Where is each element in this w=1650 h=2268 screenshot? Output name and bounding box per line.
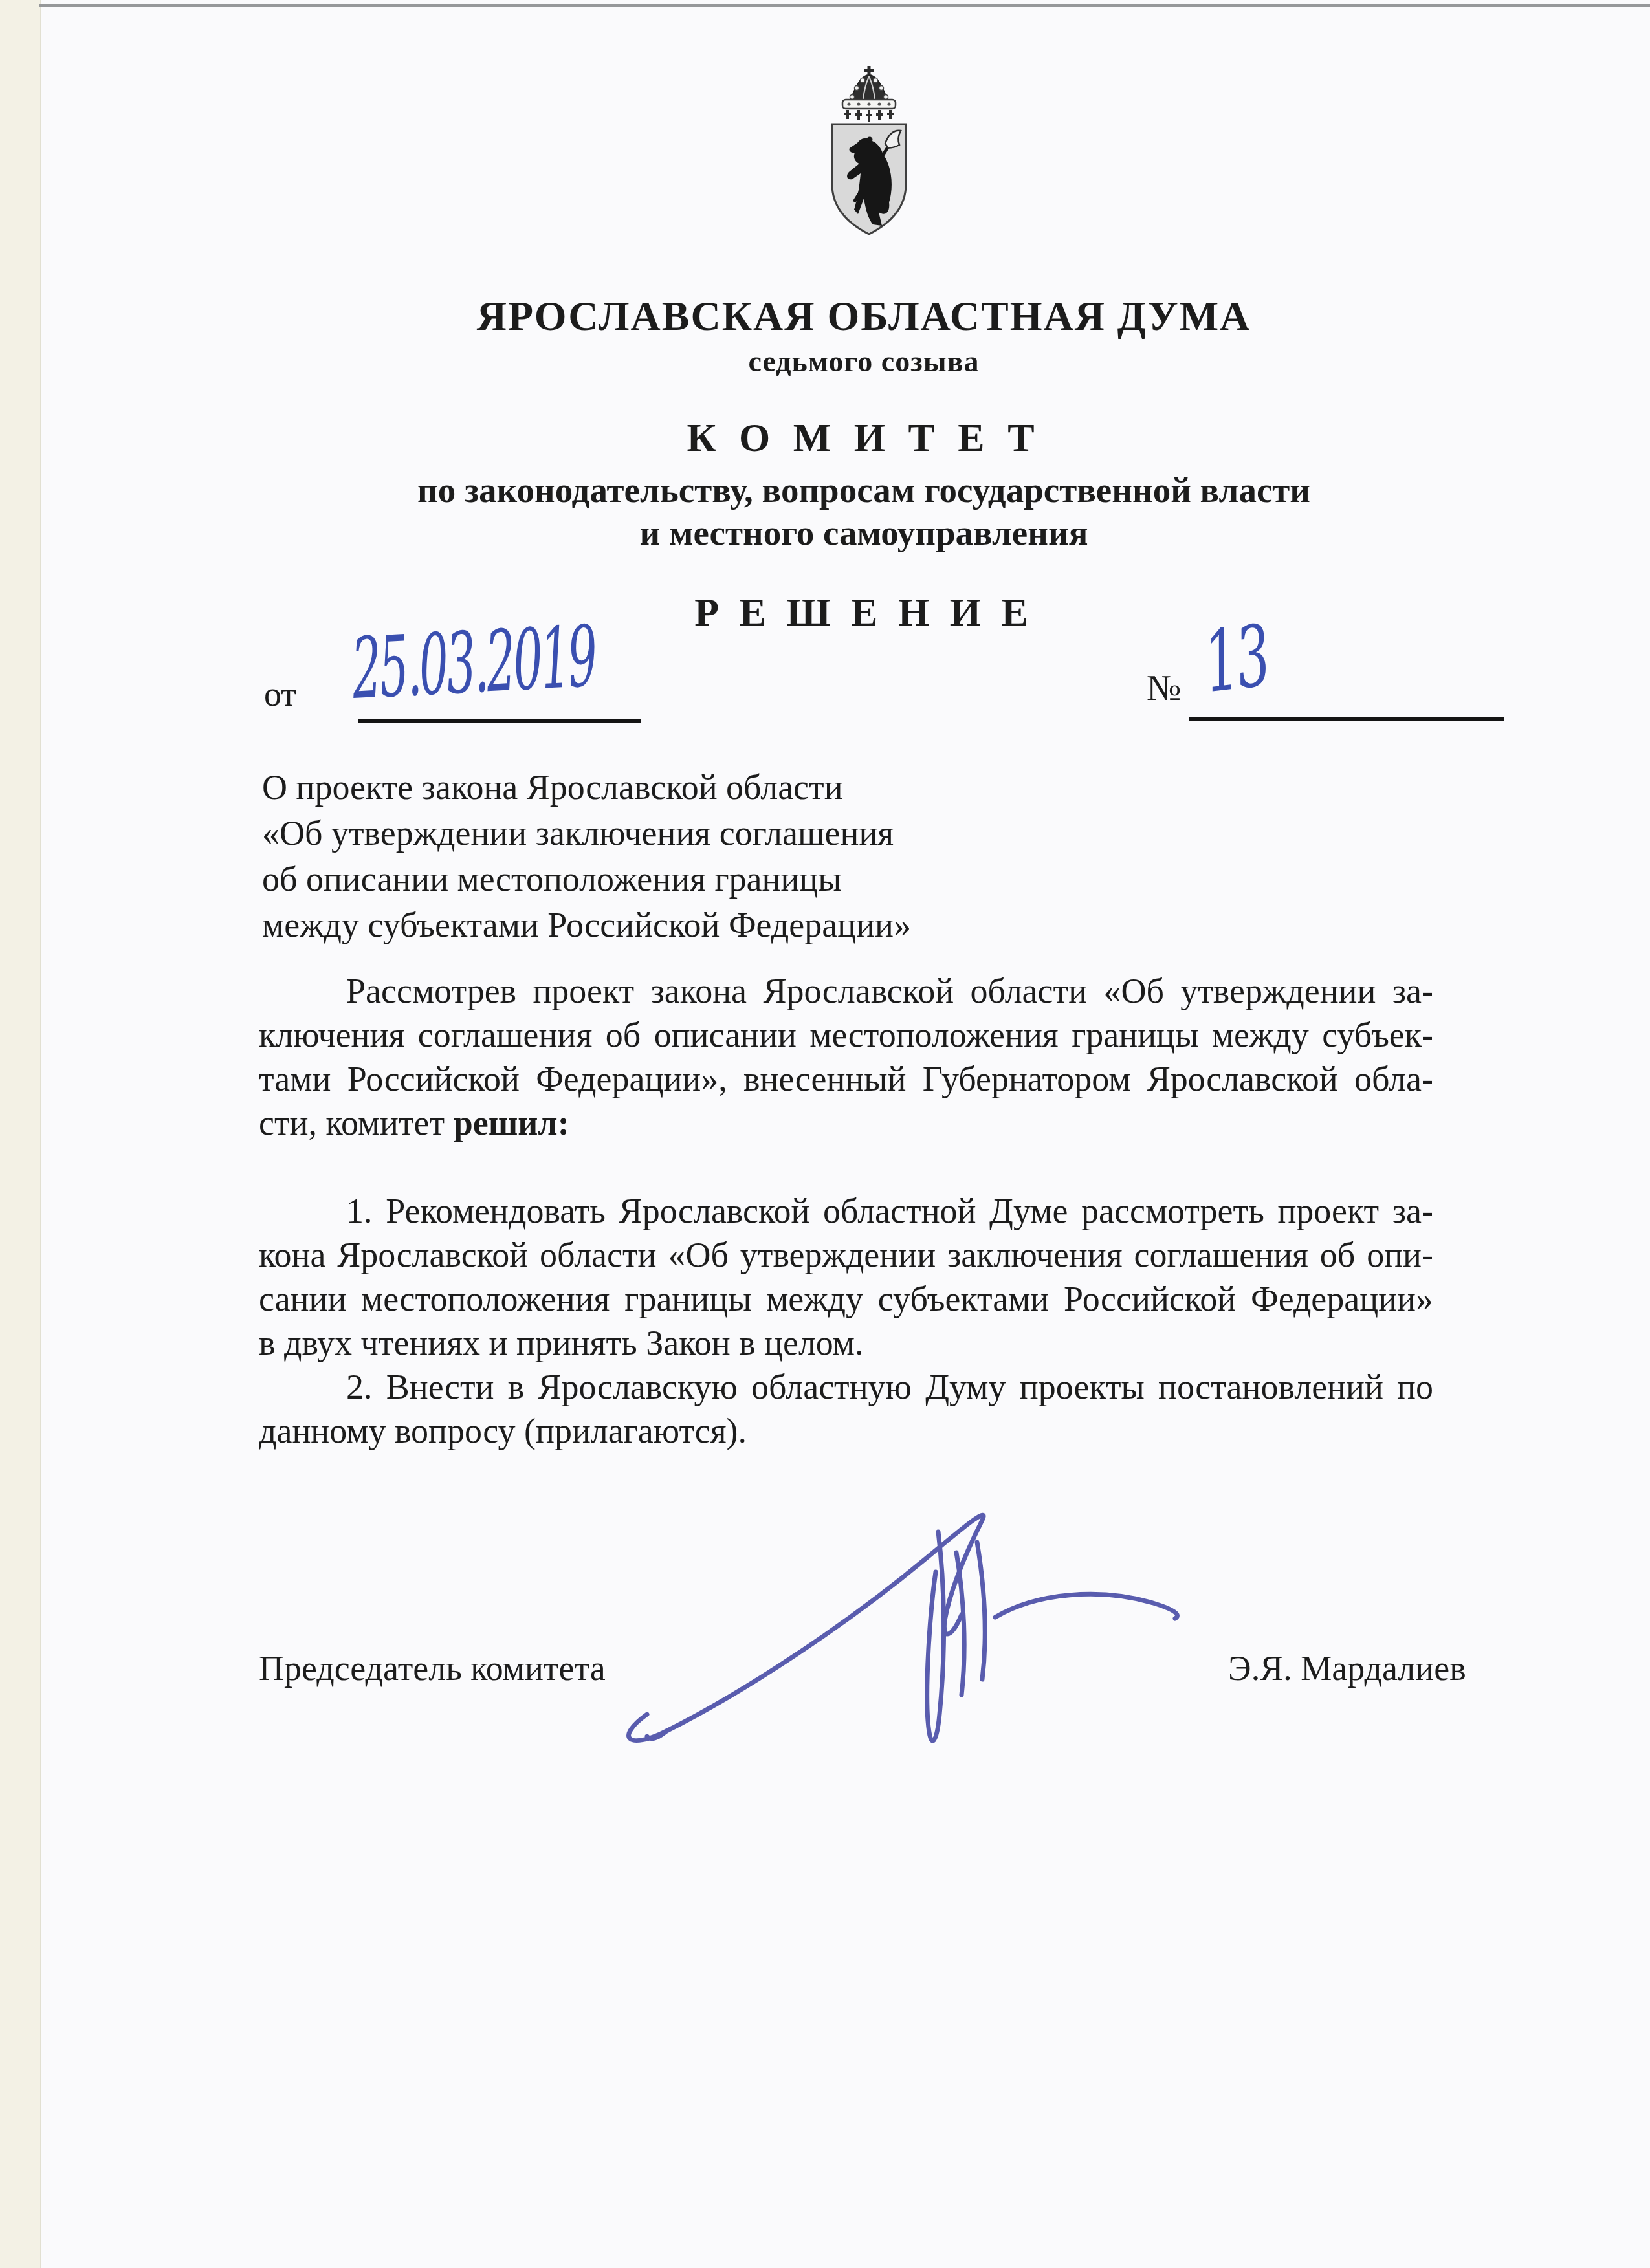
body-line: данному вопросу (прилагаются).: [259, 1409, 1433, 1453]
subject-line: между субъектами Российской Федерации»: [262, 902, 1103, 948]
body-text: Рассмотрев проект закона Ярославской обл…: [259, 969, 1433, 1497]
body-line: Рассмотрев проект закона Ярославской обл…: [259, 969, 1433, 1013]
document-type-title: Р Е Ш Е Н И Е: [78, 590, 1650, 636]
scanned-document-page: ЯРОСЛАВСКАЯ ОБЛАСТНАЯ ДУМА седьмого созы…: [0, 0, 1650, 2268]
number-sign-label: №: [1147, 668, 1181, 709]
yaroslavl-coat-of-arms-graphic: [820, 65, 918, 241]
handwritten-signature: [602, 1501, 1249, 1785]
subject-line: «Об утверждении заключения соглашения: [262, 811, 1103, 856]
subject-line: О проекте закона Ярославской области: [262, 765, 1103, 811]
handwritten-date: 25.03.2019: [349, 607, 598, 718]
coat-of-arms-icon: [820, 65, 918, 241]
body-line: в двух чтениях и принять Закон в целом.: [259, 1321, 1433, 1365]
committee-description-line1: по законодательству, вопросам государств…: [78, 470, 1650, 510]
signer-name: Э.Я. Мардалиев: [1228, 1648, 1466, 1688]
scan-edge-line: [39, 4, 1650, 7]
body-line: ключения соглашения об описании местопол…: [259, 1013, 1433, 1057]
number-underline: [1189, 717, 1504, 721]
date-from-label: от: [264, 674, 296, 714]
body-line: сании местоположения границы между субъе…: [259, 1277, 1433, 1321]
body-line: сти, комитет решил:: [259, 1101, 1433, 1145]
paragraph: Рассмотрев проект закона Ярославской обл…: [259, 969, 1433, 1145]
body-line: 2. Внести в Ярославскую областную Думу п…: [259, 1365, 1433, 1409]
signer-position-label: Председатель комитета: [259, 1648, 606, 1688]
body-line: 1. Рекомендовать Ярославской областной Д…: [259, 1189, 1433, 1233]
organization-title: ЯРОСЛАВСКАЯ ОБЛАСТНАЯ ДУМА: [78, 292, 1650, 340]
convocation-subtitle: седьмого созыва: [78, 344, 1650, 378]
committee-description-line2: и местного самоуправления: [78, 512, 1650, 553]
handwritten-number: 13: [1199, 606, 1273, 712]
body-line: тами Российской Федерации», внесенный Гу…: [259, 1057, 1433, 1101]
scanner-edge-strip: [0, 0, 41, 2268]
body-line: кона Ярославской области «Об утверждении…: [259, 1233, 1433, 1277]
paragraph: 1. Рекомендовать Ярославской областной Д…: [259, 1189, 1433, 1453]
document-subject: О проекте закона Ярославской области «Об…: [262, 765, 1103, 948]
subject-line: об описании местоположения границы: [262, 856, 1103, 902]
committee-title: К О М И Т Е Т: [78, 415, 1650, 461]
date-underline: [358, 719, 641, 723]
